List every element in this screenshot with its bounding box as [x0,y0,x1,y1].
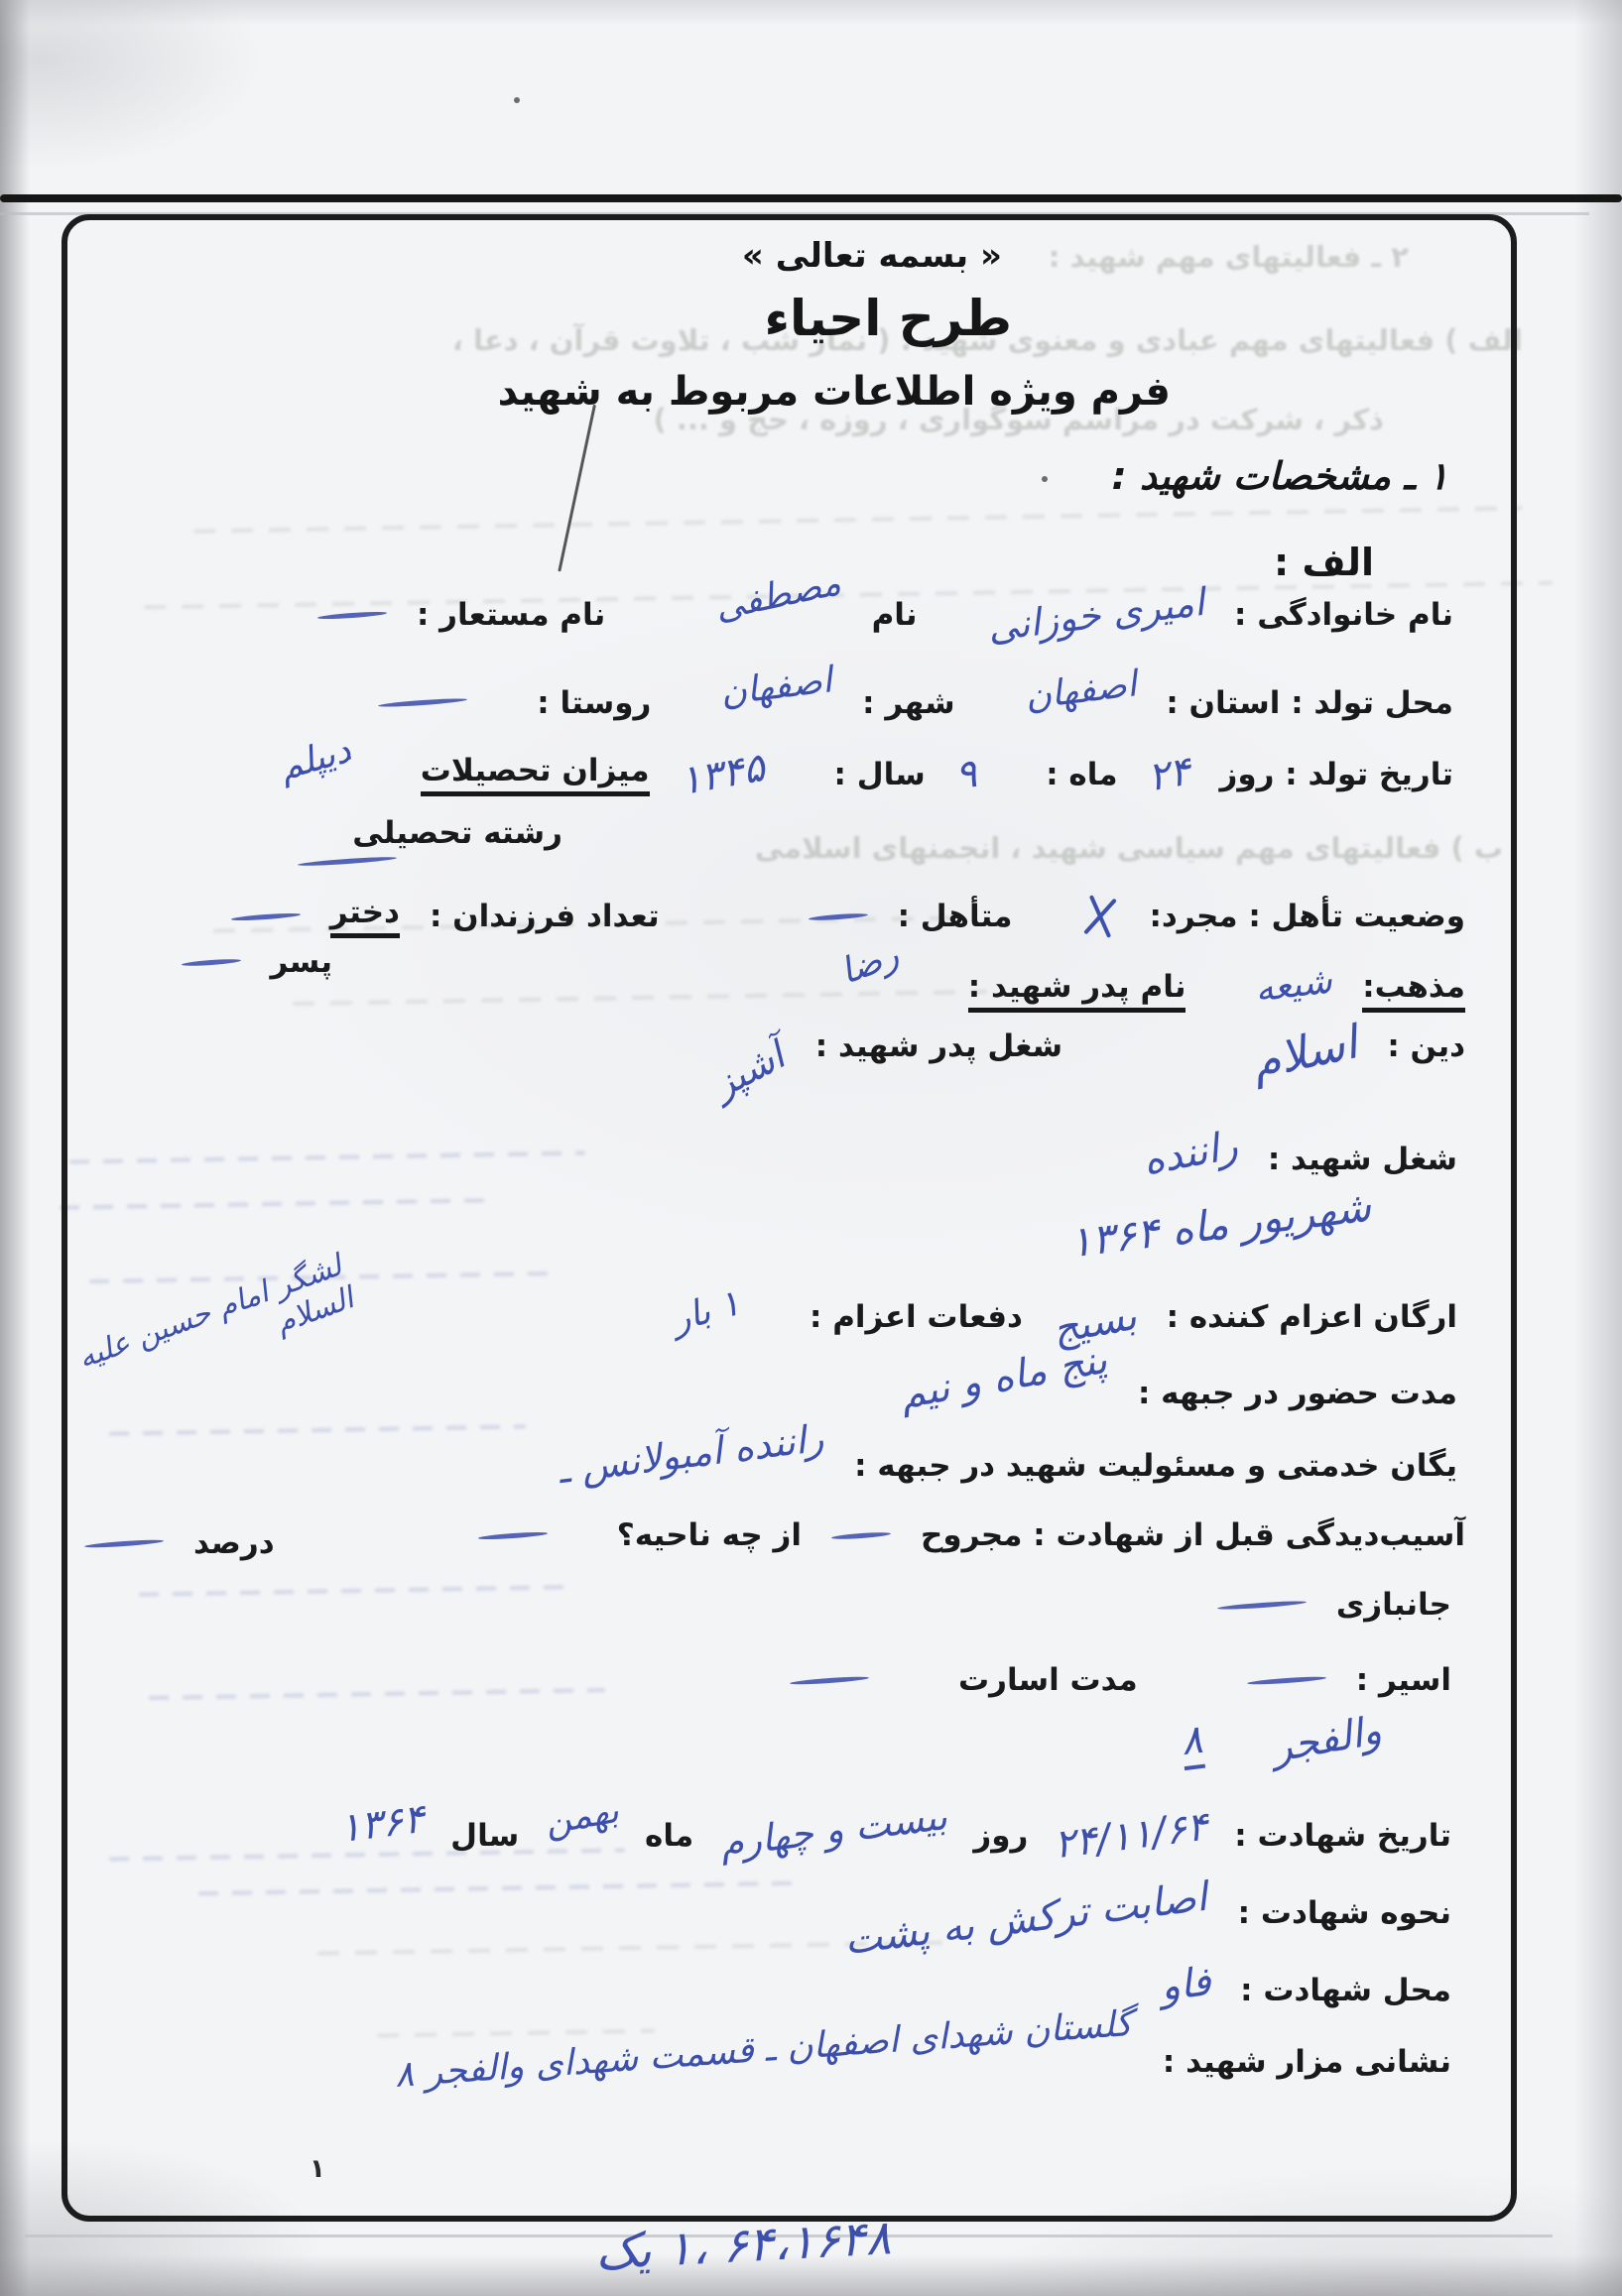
blank-dash-mark [231,911,301,921]
section-1-heading: ۱ ـ مشخصات شهید : [1111,454,1448,498]
row-job: شغل شهید : راننده [1103,1137,1457,1182]
martyrdom-year-label: سال [450,1818,519,1854]
martyrdom-year-value: ۱۳۶۴ [337,1796,428,1852]
bismillah-heading: « بسمه تعالی » [742,236,1002,276]
row-names: نام خانوادگی : امیری خوزانی نام مصطفی نا… [278,593,1453,637]
row-dispatch-date: شهریور ماه ۱۳۶۴ [1029,1216,1402,1265]
blank-dash-mark [478,1530,548,1540]
blank-dash-mark [1217,1599,1307,1610]
blank-dash-mark [317,610,387,620]
birthdate-label: تاریخ تولد : روز [1220,757,1453,792]
martyrdom-day-label: روز [973,1818,1028,1854]
blank-dash-mark [1247,1675,1326,1686]
row-sect-father: مذهب: شیعه نام پدر شهید : رضا [840,969,1465,1013]
row-martyrdom-place: محل شهادت : فاو [1121,1968,1451,2013]
birth-year-value: ۱۳۴۵ [676,745,768,804]
top-scan-rule [0,194,1622,202]
blank-dash-mark [378,697,467,708]
row-martyrdom-manner: نحوه شهادت : اصابت ترکش به پشت [804,1890,1451,1936]
paper-edge-top [0,0,1622,26]
row-son: پسر [142,944,332,980]
captivity-duration-label: مدت اسارت [958,1662,1138,1698]
education-label: میزان تحصیلات [421,753,650,796]
job-label: شغل شهید : [1268,1142,1457,1177]
martyrdom-date-numeric: ۲۴/۱۱/۶۴ [1052,1804,1210,1869]
janbazi-label: جانبازی [1336,1587,1451,1623]
martyrdom-month-label: ماه [645,1818,693,1854]
martyrdom-manner-label: نحوه شهادت : [1238,1895,1451,1931]
ink-speck [514,97,520,103]
sect-value: شیعه [1253,960,1334,1010]
birth-day-value: ۲۴ [1144,749,1193,801]
single-checkmark-x [1079,892,1122,941]
row-organization: ارگان اعزام کننده : بسیج دفعات اعزام : ۱… [672,1294,1457,1340]
birth-year-label: سال : [834,757,926,792]
row-captive: اسیر : مدت اسارت [710,1662,1451,1698]
martyrdom-date-label: تاریخ شهادت : [1234,1818,1451,1854]
birth-month-label: ماه : [1046,757,1117,792]
father-name-label: نام پدر شهید : [968,969,1186,1013]
captive-label: اسیر : [1356,1662,1451,1698]
last-name-label: نام خانوادگی : [1234,597,1453,633]
row-martyrdom-date: تاریخ شهادت : ۲۴/۱۱/۶۴ روز بیست و چهارم … [339,1813,1451,1859]
row-birthplace: محل تولد : استان : اصفهان شهر : اصفهان ر… [378,682,1453,723]
row-grave-address: نشانی مزار شهید : گلستان شهدای اصفهان ـ … [354,2041,1451,2082]
service-unit-label: یگان خدمتی و مسئولیت شهید در جبهه : [854,1448,1457,1484]
study-field-label: رشته تحصیلی [352,815,562,851]
sect-label: مذهب: [1362,969,1465,1013]
children-count-label: تعداد فرزندان : [430,899,660,934]
section-alef-heading: الف : [1274,541,1374,584]
row-operation: والفجر ۸ [1182,1734,1412,1785]
blank-dash-mark [790,1675,869,1686]
first-name-label: نام [872,597,918,633]
form-subtitle: فرم ویژه اطلاعات مربوط به شهید [498,369,1171,415]
city-label: شهر : [862,685,954,721]
footer-archive-code-text: کی ۱، ۶۴،۱۶۴۸ [594,2210,893,2281]
row-birthdate: تاریخ تولد : روز ۲۴ ماه : ۹ سال : ۱۳۴۵ م… [279,752,1453,797]
percent-label: درصد [193,1525,275,1561]
row-service-unit: یگان خدمتی و مسئولیت شهید در جبهه : رانن… [518,1444,1457,1488]
footer-archive-code: کی ۱، ۶۴،۱۶۴۸ [595,2218,891,2273]
organization-label: ارگان اعزام کننده : [1167,1299,1457,1335]
dispatch-times-label: دفعات اعزام : [810,1299,1023,1335]
row-percent: درصد [84,1525,275,1561]
grave-address-label: نشانی مزار شهید : [1163,2044,1451,2080]
injury-area-label: از چه ناحیه؟ [617,1517,802,1553]
religion-label: دین : [1387,1028,1465,1064]
martyrdom-place-label: محل شهادت : [1240,1973,1451,2008]
page-mark: ۱ [310,2154,325,2184]
scanned-martyr-form-page: ۲ ـ فعالیتهای مهم شهید : الف ) فعالیتهای… [0,0,1622,2296]
paper-edge-right [1574,0,1622,2296]
martyrdom-place-value: فاو [1158,1959,1213,2010]
blank-dash-mark [84,1538,164,1549]
row-front-duration: مدت حضور در جبهه : پنج ماه و نیم [859,1371,1457,1416]
front-duration-label: مدت حضور در جبهه : [1138,1376,1457,1411]
son-label: پسر [271,944,332,980]
birthplace-label: محل تولد : استان : [1166,685,1453,721]
daughter-label: دختر [330,895,400,938]
alias-label: نام مستعار : [417,597,605,633]
blank-dash-mark [831,1530,891,1539]
birth-month-value: ۹ [952,751,979,798]
paper-edge-left [0,0,30,2296]
injury-label: آسیب‌دیدگی قبل از شهادت : مجروح [921,1517,1465,1553]
father-job-label: شغل پدر شهید : [815,1028,1062,1064]
row-study-field: رشته تحصیلی [352,815,562,851]
form-title: طرح احیاء [764,290,1012,347]
row-religion-fatherjob: دین : اسلام شغل پدر شهید : آشپز [711,1020,1465,1073]
blank-dash-mark [809,911,868,920]
village-label: روستا : [537,685,651,721]
row-janbazi: جانبازی [1118,1587,1451,1623]
married-label: متأهل : [898,899,1013,934]
row-marital: وضعیت تأهل : مجرد: متأهل : تعداد فرزندان… [191,894,1465,939]
blank-dash-mark [181,957,240,966]
row-injury: آسیب‌دیدگی قبل از شهادت : مجروح از چه نا… [478,1517,1465,1553]
marital-status-label: وضعیت تأهل : مجرد: [1149,899,1465,934]
